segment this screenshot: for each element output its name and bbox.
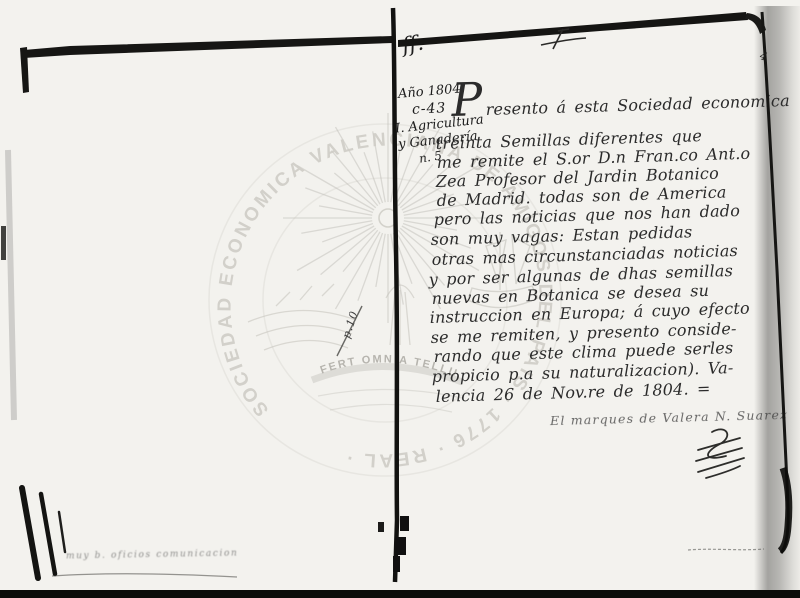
scanned-document-photo: FERT OMNIA TELLUS SOCIEDAD ECONOMICA VAL… bbox=[0, 0, 800, 598]
annotation-box-code: c-43 bbox=[412, 100, 447, 118]
folio-mark: ff. bbox=[400, 30, 425, 57]
sun-icon bbox=[379, 209, 397, 227]
wheat-sheaf-icon bbox=[386, 285, 414, 345]
